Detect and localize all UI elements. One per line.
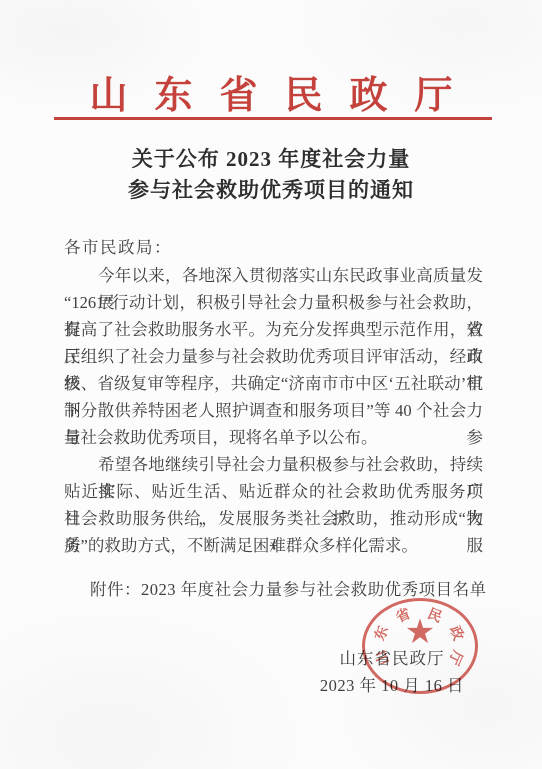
signature-agency: 山东省民政厅	[320, 645, 464, 672]
salutation: 各市民政局：	[64, 234, 172, 258]
scanned-document-page: 山东省民政厅 关于公布 2023 年度社会力量 参与社会救助优秀项目的通知 各市…	[0, 0, 542, 769]
body-line: “1261”行动计划，积极引导社会力量积极参与社会救助，有效	[64, 289, 483, 316]
letterhead-agency-name: 山东省民政厅	[0, 64, 542, 119]
body-line: 今年以来，各地深入贯彻落实山东民政事业高质量发展	[64, 262, 483, 289]
body-line: 贴近实际、贴近生活、贴近群众的社会救助优秀服务项目，扩大	[64, 478, 483, 505]
seal-arc-char: 民	[425, 603, 446, 627]
document-title-line1: 关于公布 2023 年度社会力量	[0, 144, 542, 175]
body-line: 社会救助服务供给，发展服务类社会救助，推动形成“物质+服	[64, 505, 483, 532]
attachment-line: 附件：2023 年度社会力量参与社会救助优秀项目名单	[90, 576, 487, 600]
seal-arc-char: 省	[393, 603, 414, 627]
body-line: 厅组织了社会力量参与社会救助优秀项目评审活动，经市级审	[64, 343, 483, 370]
signature-date: 2023 年 10 月 16 日	[320, 672, 464, 699]
body-line: 核、省级复审等程序，共确定“济南市市中区‘五社联动’机制	[64, 370, 483, 397]
letterhead-divider-line	[54, 117, 492, 120]
seal-arc-char: 政	[445, 623, 469, 643]
seal-arc-char: 东	[369, 623, 393, 643]
body-line: 提高了社会救助服务水平。为充分发挥典型示范作用，省民政	[64, 316, 483, 343]
seal-star-icon: ★	[405, 615, 435, 649]
body-line: 下分散供养特困老人照护调查和服务项目”等 40 个社会力量参	[64, 397, 483, 424]
document-title: 关于公布 2023 年度社会力量 参与社会救助优秀项目的通知	[0, 144, 542, 206]
document-body: 今年以来，各地深入贯彻落实山东民政事业高质量发展 “1261”行动计划，积极引导…	[64, 262, 483, 559]
signature-block: 山东省民政厅 2023 年 10 月 16 日	[320, 645, 464, 699]
document-title-line2: 参与社会救助优秀项目的通知	[0, 175, 542, 206]
body-line: 希望各地继续引导社会力量积极参与社会救助，持续推广	[64, 451, 483, 478]
